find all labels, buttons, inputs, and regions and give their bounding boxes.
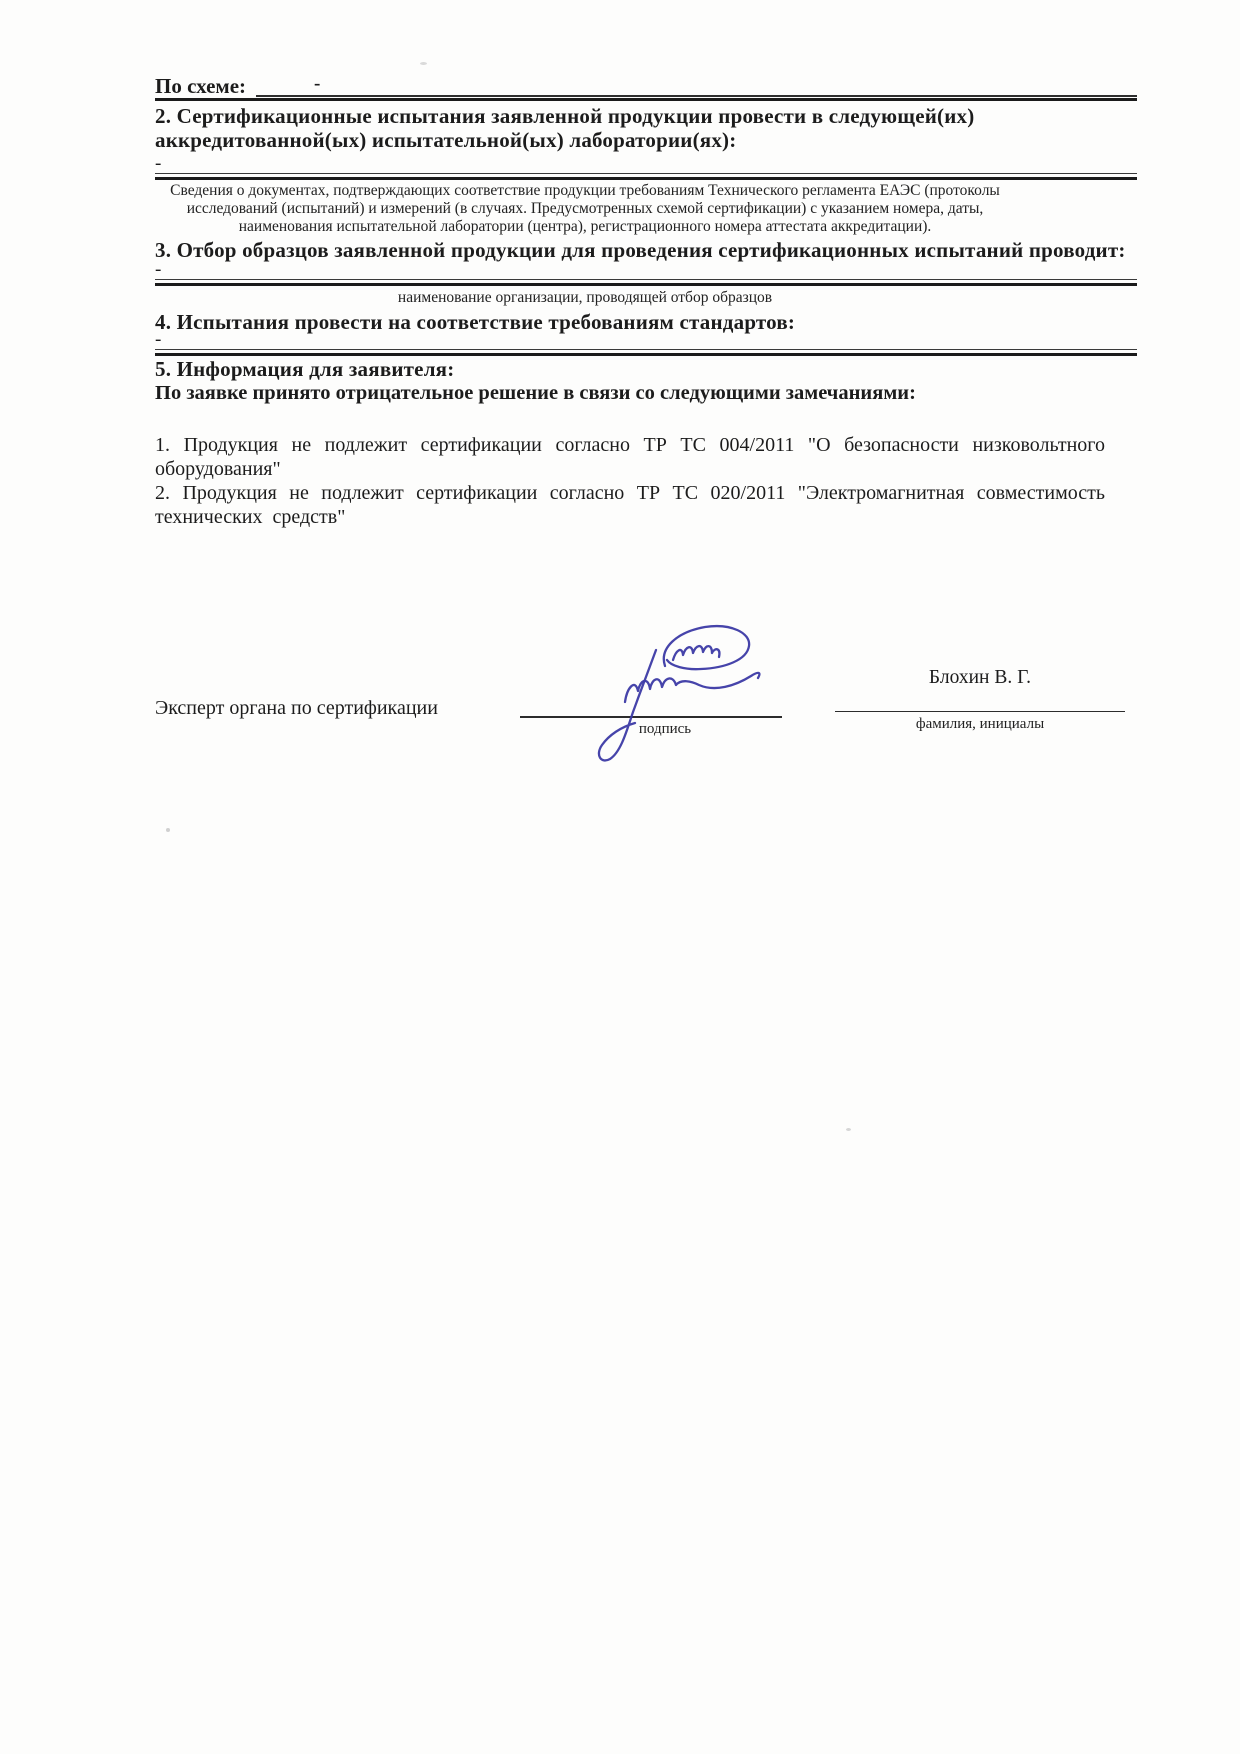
- scan-speck: [166, 828, 170, 832]
- divider-rule: [155, 353, 1137, 356]
- scheme-value-underline: -: [256, 74, 1137, 97]
- remark-item-1: 1. Продукция не подлежит сертификации со…: [155, 433, 1105, 481]
- section2-heading-line2: аккредитованной(ых) испытательной(ых) ла…: [155, 128, 1145, 152]
- section2-note-line2: исследований (испытаний) и измерений (в …: [155, 200, 1015, 218]
- expert-role-label: Эксперт органа по сертификации: [155, 697, 438, 720]
- section2-note-line3: наименования испытательной лаборатории (…: [155, 218, 1015, 236]
- remark-item-2: 2. Продукция не подлежит сертификации со…: [155, 481, 1105, 529]
- scan-speck: [420, 62, 427, 65]
- scheme-field-row: По схеме: -: [155, 74, 1137, 97]
- name-line: [835, 711, 1125, 712]
- section4-value-field: -: [155, 332, 1137, 350]
- expert-name: Блохин В. Г.: [835, 667, 1125, 689]
- name-caption: фамилия, инициалы: [835, 716, 1125, 733]
- section2-note-line1: Сведения о документах, подтверждающих со…: [155, 182, 1015, 200]
- handwritten-signature-icon: [553, 608, 793, 768]
- section3-heading: 3. Отбор образцов заявленной продукции д…: [155, 238, 1145, 262]
- remarks-block: 1. Продукция не подлежит сертификации со…: [155, 433, 1105, 529]
- section5-heading: 5. Информация для заявителя:: [155, 357, 1145, 381]
- section3-note: наименование организации, проводящей отб…: [155, 289, 1015, 307]
- scheme-label: По схеме:: [155, 75, 246, 97]
- section3-value-field: -: [155, 262, 1137, 280]
- section4-heading: 4. Испытания провести на соответствие тр…: [155, 310, 1145, 334]
- section2-value-field: -: [155, 156, 1137, 174]
- divider-rule: [155, 283, 1137, 286]
- scheme-value: -: [314, 73, 320, 94]
- document-page: По схеме: - 2. Сертификационные испытани…: [0, 0, 1240, 1754]
- divider-rule: [155, 177, 1137, 180]
- divider-rule: [155, 98, 1137, 101]
- section5-subheading: По заявке принято отрицательное решение …: [155, 381, 1145, 405]
- scan-speck: [846, 1128, 851, 1131]
- section2-heading-line1: 2. Сертификационные испытания заявленной…: [155, 104, 1145, 128]
